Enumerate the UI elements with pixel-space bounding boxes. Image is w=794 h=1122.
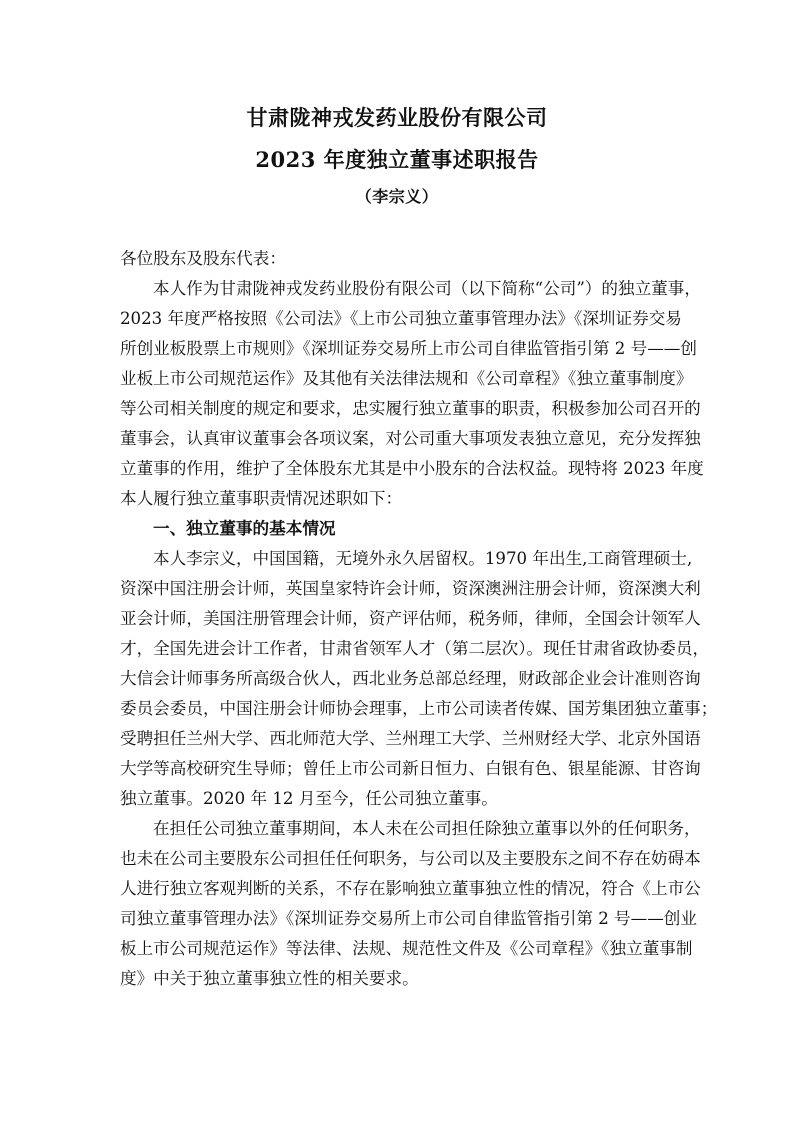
paragraph-line: 本人履行独立董事职责情况述职如下：	[120, 484, 672, 514]
paragraph-line: 资深中国注册会计师，英国皇家特许会计师，资深澳洲注册会计师，资深澳大利	[120, 574, 672, 604]
paragraph-line: 度》中关于独立董事独立性的相关要求。	[120, 964, 672, 994]
paragraph-line: 等公司相关制度的规定和要求，忠实履行独立董事的职责，积极参加公司召开的	[120, 394, 672, 424]
paragraph-line: 立董事的作用，维护了全体股东尤其是中小股东的合法权益。现特将 2023 年度	[120, 454, 672, 484]
paragraph-line: 本人作为甘肃陇神戎发药业股份有限公司（以下简称“公司”）的独立董事，	[120, 274, 672, 304]
paragraph-line: 业板上市公司规范运作》及其他有关法律法规和《公司章程》《独立董事制度》	[120, 364, 672, 394]
paragraph-line: 板上市公司规范运作》等法律、法规、规范性文件及《公司章程》《独立董事制	[120, 934, 672, 964]
paragraph-line: 才，全国先进会计工作者，甘肃省领军人才（第二层次）。现任甘肃省政协委员，	[120, 634, 672, 664]
paragraph-line: 独立董事。2020 年 12 月至今，任公司独立董事。	[120, 784, 672, 814]
paragraph-line: 委员会委员，中国注册会计师协会理事，上市公司读者传媒、国芳集团独立董事；	[120, 694, 672, 724]
paragraph-line: 也未在公司主要股东公司担任任何职务，与公司以及主要股东之间不存在妨碍本	[120, 844, 672, 874]
paragraph-line: 大信会计师事务所高级合伙人，西北业务总部总经理，财政部企业会计准则咨询	[120, 664, 672, 694]
paragraph-line: 所创业板股票上市规则》《深圳证券交易所上市公司自律监管指引第 2 号——创	[120, 334, 672, 364]
paragraph-line: 亚会计师，美国注册管理会计师，资产评估师，税务师，律师，全国会计领军人	[120, 604, 672, 634]
document-body: 各位股东及股东代表： 本人作为甘肃陇神戎发药业股份有限公司（以下简称“公司”）的…	[120, 244, 672, 994]
author-name: （李宗义）	[0, 186, 794, 208]
paragraph-line: 董事会，认真审议董事会各项议案，对公司重大事项发表独立意见，充分发挥独	[120, 424, 672, 454]
paragraph-line: 本人李宗义，中国国籍，无境外永久居留权。1970 年出生,工商管理硕士,	[120, 544, 672, 574]
paragraph-line: 在担任公司独立董事期间，本人未在公司担任除独立董事以外的任何职务，	[120, 814, 672, 844]
paragraph-line: 受聘担任兰州大学、西北师范大学、兰州理工大学、兰州财经大学、北京外国语	[120, 724, 672, 754]
paragraph-line: 2023 年度严格按照《公司法》《上市公司独立董事管理办法》《深圳证券交易	[120, 304, 672, 334]
report-title: 2023 年度独立董事述职报告	[0, 146, 794, 174]
paragraph-line: 大学等高校研究生导师；曾任上市公司新日恒力、白银有色、银星能源、甘咨询	[120, 754, 672, 784]
section-heading: 一、独立董事的基本情况	[120, 514, 672, 544]
company-title: 甘肃陇神戎发药业股份有限公司	[0, 104, 794, 132]
paragraph-line: 司独立董事管理办法》《深圳证券交易所上市公司自律监管指引第 2 号——创业	[120, 904, 672, 934]
paragraph-line: 人进行独立客观判断的关系，不存在影响独立董事独立性的情况，符合《上市公	[120, 874, 672, 904]
salutation: 各位股东及股东代表：	[120, 244, 672, 274]
document-page: 甘肃陇神戎发药业股份有限公司 2023 年度独立董事述职报告 （李宗义） 各位股…	[0, 0, 794, 1122]
